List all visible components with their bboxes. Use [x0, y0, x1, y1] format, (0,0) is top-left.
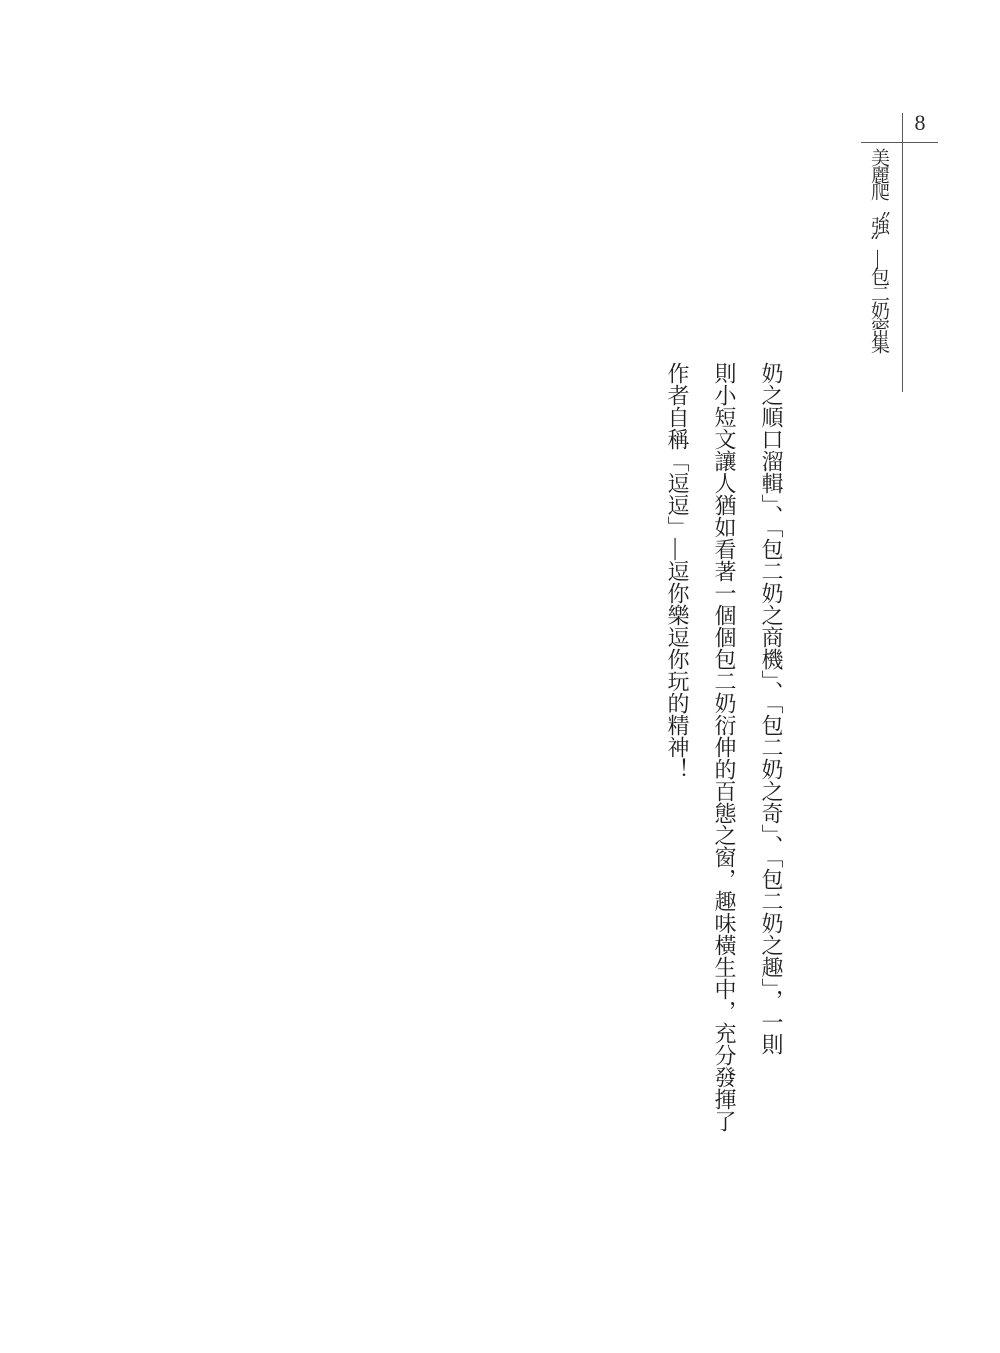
running-title: 美麗爬〝強〞—包二奶密集 [867, 148, 890, 378]
body-text: 奶之順口溜輯」、「包二奶之商機」、「包二奶之奇」、「包二奶之趣」，一則 則小短文… [654, 362, 795, 1162]
header-horizontal-rule [861, 142, 938, 143]
text-column: 奶之順口溜輯」、「包二奶之商機」、「包二奶之奇」、「包二奶之趣」，一則 [748, 362, 795, 1162]
book-page: 8 美麗爬〝強〞—包二奶密集 奶之順口溜輯」、「包二奶之商機」、「包二奶之奇」、… [0, 0, 1000, 1353]
text-column: 作者自稱「逗逗」—逗你樂逗你玩的精神！ [654, 362, 701, 1162]
page-number: 8 [903, 110, 937, 136]
text-column: 則小短文讓人猶如看著一個個包二奶衍伸的百態之窗，趣味橫生中，充分發揮了 [701, 362, 748, 1162]
header-vertical-rule [902, 113, 903, 392]
